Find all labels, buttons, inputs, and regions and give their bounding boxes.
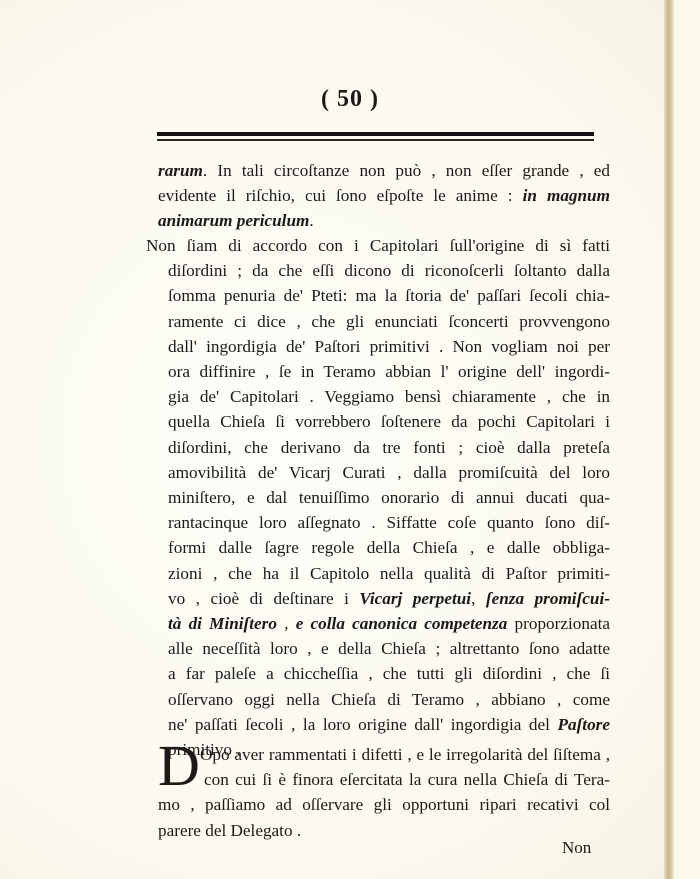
- book-gutter-shadow: [664, 0, 674, 879]
- text-run: ſomma penuria de' Pteti: ma la ſtoria de…: [168, 286, 610, 305]
- rule-thick-line: [157, 132, 594, 136]
- page-number: ( 50 ): [0, 86, 700, 113]
- text-run: miniſtero, e dal tenuiſſimo onorario di …: [168, 488, 610, 507]
- text-line: formi dalle ſagre regole della Chieſa , …: [158, 535, 610, 560]
- text-run: quella Chieſa ſi vorrebbero ſoſtenere da…: [168, 412, 610, 431]
- text-run: oſſervano oggi nella Chieſa di Teramo , …: [168, 690, 610, 709]
- text-line: a far paleſe a chiccheſſia , che tutti g…: [158, 661, 610, 686]
- text-line: vo , cioè di deſtinare i Vicarj perpetui…: [158, 586, 610, 611]
- text-line: diſordini ; da che eſſi dicono di ricono…: [158, 258, 610, 283]
- text-run: rantacinque loro aſſegnato . Siffatte co…: [168, 513, 610, 532]
- paragraph-continuation: rarum. In tali circoſtanze non può , non…: [158, 158, 610, 234]
- text-line: rarum. In tali circoſtanze non può , non…: [158, 158, 610, 183]
- text-run: diſordini ; da che eſſi dicono di ricono…: [168, 261, 610, 280]
- text-line: tà di Miniſtero , e colla canonica compe…: [158, 611, 610, 636]
- text-line: parere del Delegato .: [158, 818, 610, 843]
- text-run: evidente il riſchio, cui ſono eſpoſte le…: [158, 186, 523, 205]
- text-run: ne' paſſati ſecoli , la loro origine dal…: [168, 715, 557, 734]
- text-line: con cui ſi è finora eſercitata la cura n…: [158, 767, 610, 792]
- text-line: mo , paſſiamo ad oſſervare gli opportuni…: [158, 792, 610, 817]
- catchword: Non: [562, 838, 591, 858]
- text-run: .: [309, 211, 313, 230]
- text-line: ne' paſſati ſecoli , la loro origine dal…: [158, 712, 610, 737]
- italic-run: ſenza promiſcui-: [486, 589, 610, 608]
- text-run: zioni , che ha il Capitolo nella qualità…: [168, 564, 610, 583]
- text-run: mo , paſſiamo ad oſſervare gli opportuni…: [158, 795, 610, 814]
- text-run: formi dalle ſagre regole della Chieſa , …: [168, 538, 610, 557]
- text-line: ſomma penuria de' Pteti: ma la ſtoria de…: [158, 283, 610, 308]
- text-run: amovibilità de' Vicarj Curati , dalla pr…: [168, 463, 610, 482]
- text-run: gia de' Capitolari . Veggiamo bensì chia…: [168, 387, 610, 406]
- paragraph-non-siam: Non ſiam di accordo con i Capitolari ſul…: [158, 233, 610, 762]
- text-line: animarum periculum.: [158, 208, 610, 233]
- text-line: quella Chieſa ſi vorrebbero ſoſtenere da…: [158, 409, 610, 434]
- italic-run: e colla canonica competenza: [296, 614, 508, 633]
- text-line: zioni , che ha il Capitolo nella qualità…: [158, 561, 610, 586]
- scanned-page: ( 50 ) rarum. In tali circoſtanze non pu…: [0, 0, 700, 879]
- text-run: ramente ci dice , che gli enunciati ſcon…: [168, 312, 610, 331]
- text-run: Opo aver rammentati i difetti , e le irr…: [200, 745, 610, 764]
- text-run: dall' ingordigia de' Paſtori primitivi .…: [168, 337, 610, 356]
- text-line: Opo aver rammentati i difetti , e le irr…: [158, 742, 610, 767]
- italic-run: rarum: [158, 161, 203, 180]
- text-run: ,: [471, 589, 486, 608]
- text-line: rantacinque loro aſſegnato . Siffatte co…: [158, 510, 610, 535]
- text-run: . In tali circoſtanze non può , non eſſe…: [203, 161, 610, 180]
- text-run: alle neceſſità loro , e della Chieſa ; a…: [168, 639, 610, 658]
- text-run: proporzionata: [507, 614, 610, 633]
- text-line: ramente ci dice , che gli enunciati ſcon…: [158, 309, 610, 334]
- text-line: oſſervano oggi nella Chieſa di Teramo , …: [158, 687, 610, 712]
- text-line: amovibilità de' Vicarj Curati , dalla pr…: [158, 460, 610, 485]
- text-run: diſordini, che derivano da tre fonti ; c…: [168, 438, 610, 457]
- text-line: evidente il riſchio, cui ſono eſpoſte le…: [158, 183, 610, 208]
- text-run: parere del Delegato .: [158, 821, 301, 840]
- italic-run: Vicarj perpetui: [359, 589, 471, 608]
- text-run: ora diffinire , ſe in Teramo abbian l' o…: [168, 362, 610, 381]
- text-line: alle neceſſità loro , e della Chieſa ; a…: [158, 636, 610, 661]
- text-run: vo , cioè di deſtinare i: [168, 589, 359, 608]
- text-line: miniſtero, e dal tenuiſſimo onorario di …: [158, 485, 610, 510]
- text-line: diſordini, che derivano da tre fonti ; c…: [158, 435, 610, 460]
- text-run: a far paleſe a chiccheſſia , che tutti g…: [168, 664, 610, 683]
- header-double-rule: [157, 132, 594, 141]
- text-line: Non ſiam di accordo con i Capitolari ſul…: [146, 233, 610, 258]
- paragraph-dopo-aver: Opo aver rammentati i difetti , e le irr…: [158, 742, 610, 843]
- italic-run: animarum periculum: [158, 211, 309, 230]
- text-line: ora diffinire , ſe in Teramo abbian l' o…: [158, 359, 610, 384]
- text-line: dall' ingordigia de' Paſtori primitivi .…: [158, 334, 610, 359]
- italic-run: Paſtore: [557, 715, 610, 734]
- text-run: con cui ſi è finora eſercitata la cura n…: [204, 770, 610, 789]
- text-run: Non ſiam di accordo con i Capitolari ſul…: [146, 236, 610, 255]
- facing-page-edge: [674, 0, 700, 879]
- text-run: ,: [277, 614, 296, 633]
- text-line: gia de' Capitolari . Veggiamo bensì chia…: [158, 384, 610, 409]
- italic-run: in magnum: [523, 186, 610, 205]
- rule-thin-line: [157, 139, 594, 141]
- italic-run: tà di Miniſtero: [168, 614, 277, 633]
